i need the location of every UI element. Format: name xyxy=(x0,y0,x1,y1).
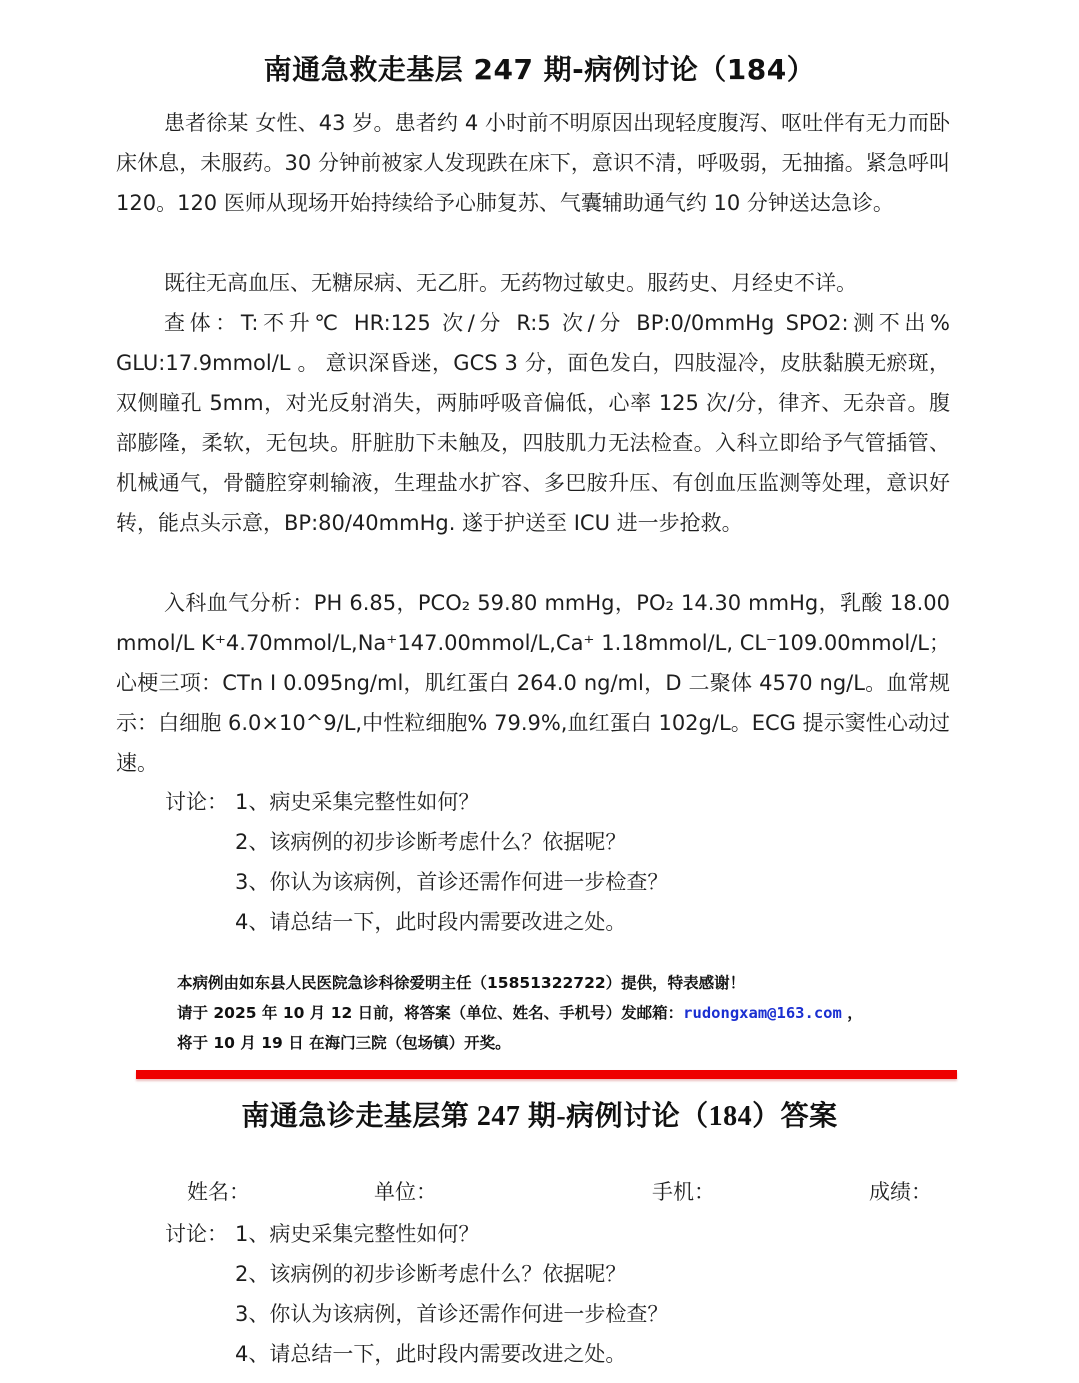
question-text: 2、该病例的初步诊断考虑什么？依据呢？ xyxy=(235,822,626,862)
discussion-questions: 讨论： 1、病史采集完整性如何？ 2、该病例的初步诊断考虑什么？依据呢？ 3、你… xyxy=(165,782,668,942)
acknowledgement-line: 本病例由如东县人民医院急诊科徐爱明主任（15851322722）提供，特表感谢！ xyxy=(177,968,863,998)
lottery-line: 将于 10 月 19 日 在海门三院（包场镇）开奖。 xyxy=(177,1028,863,1058)
discussion-question: 讨论： 1、病史采集完整性如何？ xyxy=(165,782,668,822)
discussion-label: 讨论： xyxy=(165,782,235,822)
discussion-label: 讨论： xyxy=(165,1214,235,1254)
submission-line: 请于 2025 年 10 月 12 日前，将答案（单位、姓名、手机号）发邮箱：r… xyxy=(177,998,863,1028)
question-text: 3、你认为该病例，首诊还需作何进一步检查？ xyxy=(235,862,668,902)
email-link[interactable]: rudongxam@163.com xyxy=(683,1004,842,1022)
physical-exam-paragraph: 查体：T:不升℃ HR:125 次/分 R:5 次/分 BP:0/0mmHg S… xyxy=(116,303,950,543)
history-paragraph: 患者徐某 女性、43 岁。患者约 4 小时前不明原因出现轻度腹泻、呕吐伴有无力而… xyxy=(116,103,950,223)
question-text: 3、你认为该病例，首诊还需作何进一步检查？ xyxy=(235,1294,668,1334)
answer-sheet-fields: 姓名： 单位： 手机： 成绩： xyxy=(0,1176,1079,1210)
question-text: 1、病史采集完整性如何？ xyxy=(235,782,479,822)
past-history-paragraph: 既往无高血压、无糖尿病、无乙肝。无药物过敏史。服药史、月经史不详。 xyxy=(116,263,950,303)
red-divider xyxy=(136,1070,957,1079)
discussion-question: 2、该病例的初步诊断考虑什么？依据呢？ xyxy=(165,822,668,862)
name-field-label: 姓名： xyxy=(187,1176,250,1206)
answer-sheet-questions: 讨论： 1、病史采集完整性如何？ 2、该病例的初步诊断考虑什么？依据呢？ 3、你… xyxy=(165,1214,668,1374)
question-text: 2、该病例的初步诊断考虑什么？依据呢？ xyxy=(235,1254,626,1294)
discussion-question: 4、请总结一下，此时段内需要改进之处。 xyxy=(165,902,668,942)
discussion-question: 3、你认为该病例，首诊还需作何进一步检查？ xyxy=(165,1294,668,1334)
answer-sheet-title: 南通急诊走基层第 247 期-病例讨论（184）答案 xyxy=(0,1094,1079,1134)
question-text: 4、请总结一下，此时段内需要改进之处。 xyxy=(235,1334,626,1374)
question-text: 4、请总结一下，此时段内需要改进之处。 xyxy=(235,902,626,942)
acknowledgement-notice: 本病例由如东县人民医院急诊科徐爱明主任（15851322722）提供，特表感谢！… xyxy=(177,968,863,1058)
unit-field-label: 单位： xyxy=(374,1176,437,1206)
question-text: 1、病史采集完整性如何？ xyxy=(235,1214,479,1254)
discussion-question: 4、请总结一下，此时段内需要改进之处。 xyxy=(165,1334,668,1374)
case-discussion-page: 南通急救走基层 247 期-病例讨论（184） 患者徐某 女性、43 岁。患者约… xyxy=(0,0,1079,1383)
discussion-question: 讨论： 1、病史采集完整性如何？ xyxy=(165,1214,668,1254)
page-title: 南通急救走基层 247 期-病例讨论（184） xyxy=(0,48,1079,88)
phone-field-label: 手机： xyxy=(652,1176,715,1206)
discussion-question: 3、你认为该病例，首诊还需作何进一步检查？ xyxy=(165,862,668,902)
lab-results-paragraph: 入科血气分析：PH 6.85，PCO₂ 59.80 mmHg，PO₂ 14.30… xyxy=(116,583,950,783)
score-field-label: 成绩： xyxy=(869,1176,932,1206)
discussion-question: 2、该病例的初步诊断考虑什么？依据呢？ xyxy=(165,1254,668,1294)
